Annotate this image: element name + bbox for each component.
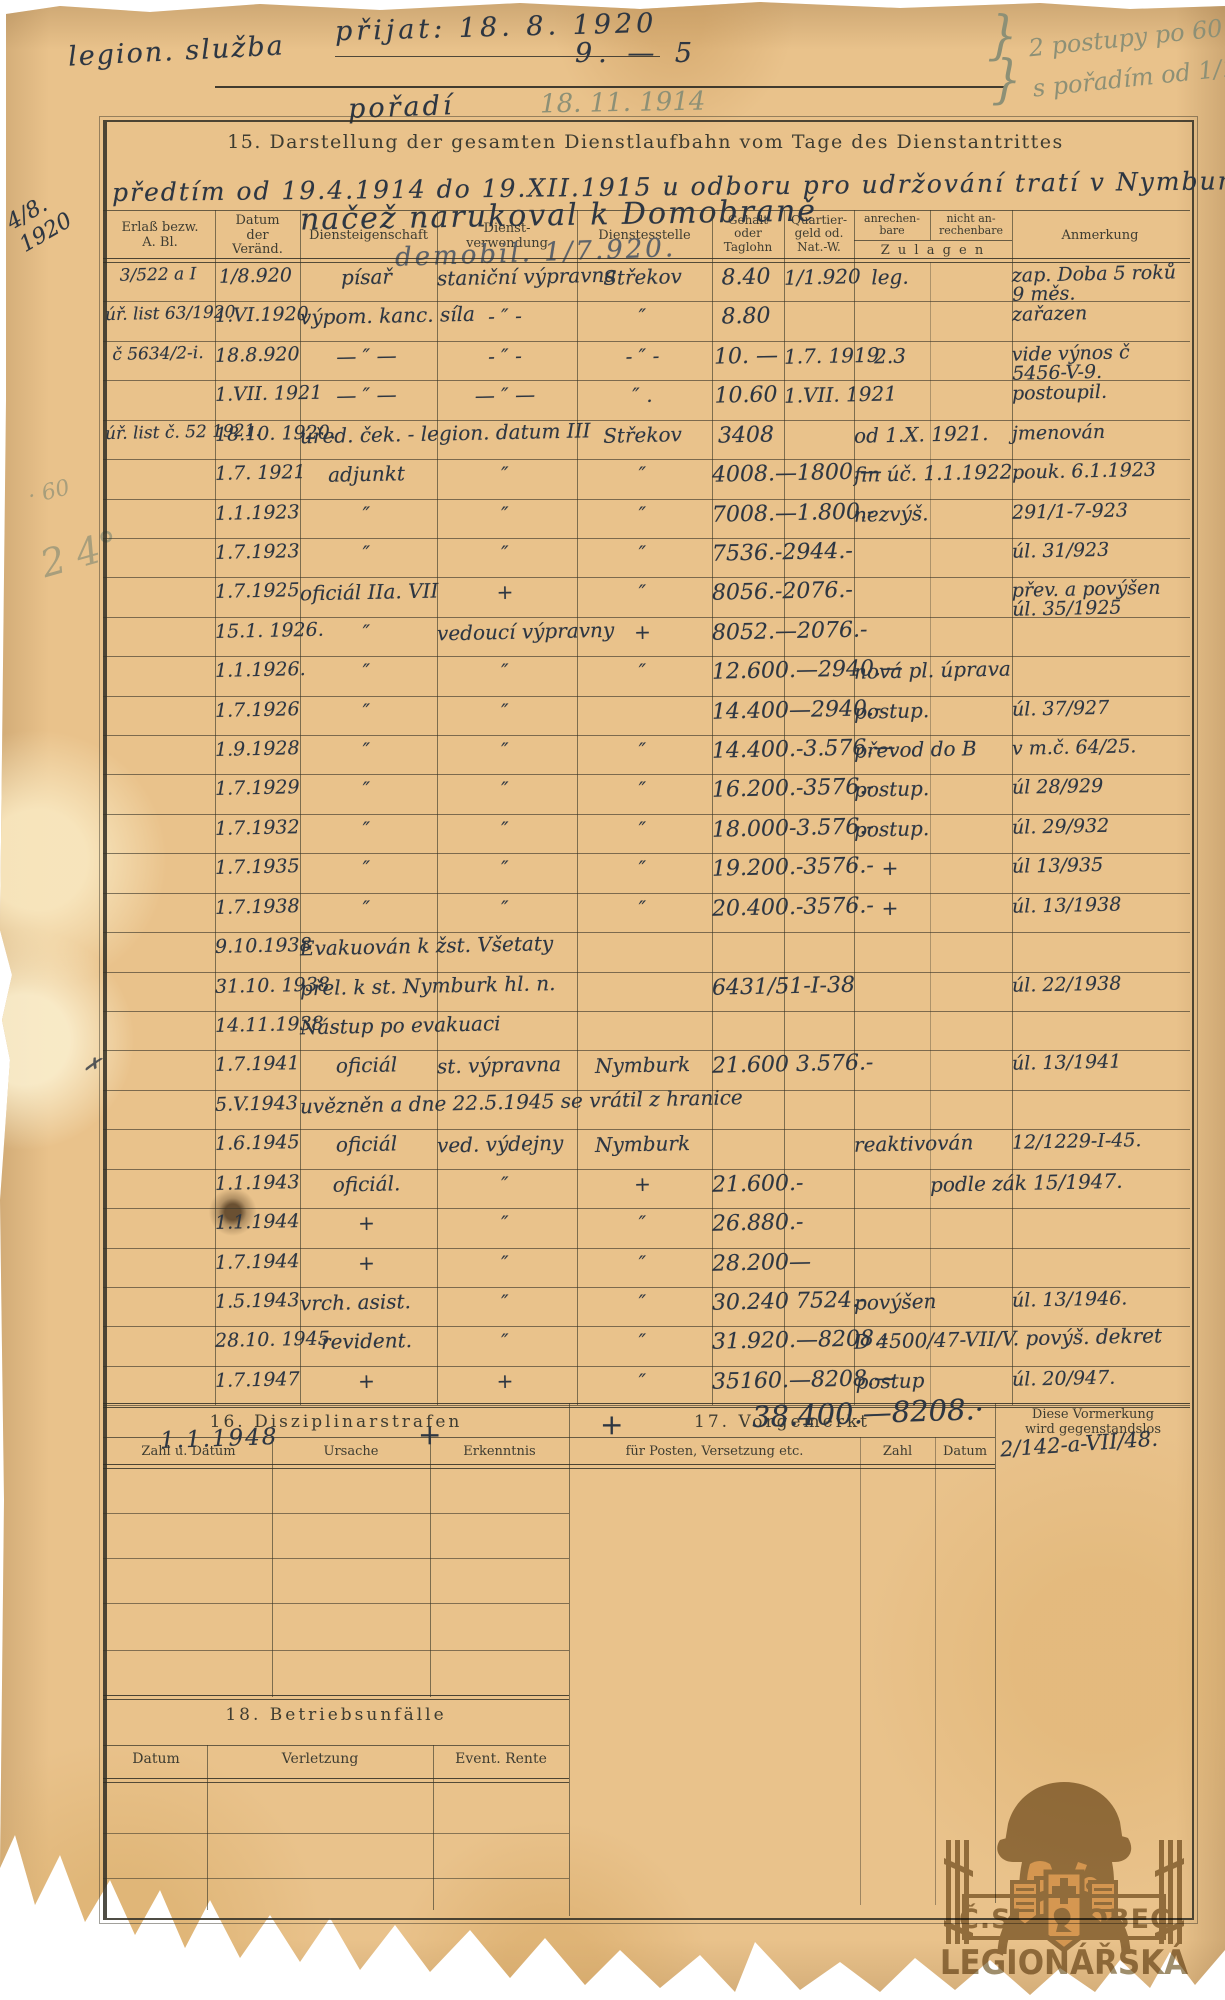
empty-row-line: [103, 1558, 569, 1559]
entry-cell: 1.7.1935: [215, 855, 296, 879]
entry-cell: ″: [437, 815, 573, 842]
entry-cell: +: [577, 618, 708, 645]
scanned-document: { "top": { "prijat": "přijat: 18. 8. 192…: [0, 0, 1225, 2000]
entry-cell: jmenován: [1012, 421, 1184, 444]
entry-cell: 1.VII. 1921: [784, 383, 850, 408]
entry-cell: ″: [577, 303, 708, 330]
empty-row-line: [103, 1513, 569, 1514]
table-row: 14.11.1938Nástup po evakuaci: [0, 1011, 1225, 1050]
row-rule: [103, 420, 1190, 421]
entry-cell: ″: [577, 1367, 708, 1394]
entry-cell: ″: [300, 618, 433, 645]
entry-cell: revident.: [300, 1328, 433, 1355]
entry-cell: 21.600.-: [712, 1171, 781, 1197]
section18-title: 18. Betriebsunfälle: [103, 1706, 569, 1725]
row-rule: [103, 774, 1190, 775]
sec17-col-fur-posten: für Posten, Versetzung etc.: [569, 1445, 860, 1460]
entry-cell: ″: [437, 500, 573, 527]
entry-cell: ″: [437, 776, 573, 803]
entry-cell: ″: [300, 500, 433, 527]
entry-cell: ″: [577, 1289, 708, 1316]
table-row: 1.7.1935″″″19.200.-3576.-+úl 13/935: [0, 853, 1225, 892]
entry-cell: postup.: [854, 816, 926, 842]
row-rule: [103, 932, 1190, 933]
entry-cell: ″: [300, 776, 433, 803]
col-header-anrechenbare: anrechen- bare: [854, 213, 930, 238]
entry-cell: 1.9.1928: [215, 737, 296, 761]
entry-cell: 1/8.920: [215, 264, 296, 288]
entry-cell: ″: [577, 1328, 708, 1355]
entry-cell: úl. 13/1941: [1012, 1052, 1184, 1075]
sec16-vline: [430, 1437, 431, 1697]
table-row: 1.6.1945oficiálved. výdejnyNymburkreakti…: [0, 1129, 1225, 1168]
entry-cell: 1.7.1932: [215, 816, 296, 840]
entry-cell: úř. list 63/1920: [105, 303, 211, 325]
entry-cell: +: [437, 1367, 573, 1394]
entry-cell: přev. a povýšen úl. 35/1925: [1012, 579, 1185, 621]
table-row: 1.7.1944+″″28.200—: [0, 1248, 1225, 1287]
row-rule: [103, 735, 1190, 736]
row-rule: [103, 656, 1190, 657]
entry-cell: postoupil.: [1012, 381, 1184, 404]
sec17-col-zahl: Zahl: [860, 1445, 935, 1460]
table-row: 1.7.1925oficiál IIa. VII+″8056.-2076.-př…: [0, 577, 1225, 616]
entry-cell: 1.6.1945: [215, 1131, 296, 1155]
entry-cell: písař: [300, 264, 433, 291]
watermark-csl: Č.SL.: [959, 1903, 1041, 1935]
table-row: 5.V.1943uvězněn a dne 22.5.1945 se vráti…: [0, 1090, 1225, 1129]
row-rule: [103, 1248, 1190, 1249]
row-rule: [103, 341, 1190, 342]
entry-cell: ″: [577, 816, 708, 843]
table-row: 1.7.1923″″″7536.-2944.-úl. 31/923: [0, 538, 1225, 577]
entry-cell: ″: [437, 1170, 573, 1197]
row-rule: [103, 538, 1190, 539]
entry-cell: úřed. ček. - legion. datum III: [300, 421, 433, 448]
col-header-zulagen: Z u l a g e n: [854, 244, 1012, 259]
row-rule: [103, 1366, 1190, 1367]
table-row: 1.1.1923″″″7008.—1.800.-nezvýš.291/1-7-9…: [0, 499, 1225, 538]
entry-cell: +: [437, 579, 573, 606]
note-nums: 9. — 5: [575, 38, 698, 69]
entry-cell: - ″ -: [437, 342, 573, 369]
row-rule: [103, 1326, 1190, 1327]
entry-cell: pouk. 6.1.1923: [1012, 460, 1184, 483]
sec16-hw-date: 1.1.1948: [160, 1424, 279, 1454]
sec18-vline: [433, 1745, 434, 1910]
entry-cell: Nástup po evakuaci: [300, 1013, 433, 1040]
row-rule: [103, 380, 1190, 381]
section15-title: 15. Darstellung der gesamten Dienstlaufb…: [103, 132, 1188, 153]
entry-cell: 21.600 3.576.-: [712, 1053, 781, 1079]
entry-cell: oficiál: [300, 1052, 433, 1079]
table-row: 1.7.1932″″″18.000-3.576.-postup.úl. 29/9…: [0, 814, 1225, 853]
sec16-col-erkenntnis: Erkenntnis: [430, 1445, 569, 1460]
entry-cell: 10. —: [712, 343, 781, 369]
entry-cell: +: [300, 1249, 433, 1276]
entry-cell: úl. 20/947.: [1012, 1367, 1184, 1390]
entry-cell: ″: [437, 1328, 573, 1355]
entry-cell: +: [577, 1170, 708, 1197]
sec17-vline: [935, 1437, 936, 1905]
sec17-vline: [860, 1437, 861, 1905]
row-rule: [103, 853, 1190, 854]
entry-cell: staniční výpravna: [437, 264, 573, 291]
entry-cell: 1.VI.1920: [215, 304, 296, 328]
entry-cell: 1.7.1926: [215, 698, 296, 722]
row-rule: [103, 1169, 1190, 1170]
entry-cell: výpom. kanc. síla: [300, 303, 433, 330]
table-row: 1.7. 1921adjunkt″″4008.—1800.—fin úč. 1.…: [0, 459, 1225, 498]
entry-cell: — ″ —: [437, 382, 573, 409]
sec16-vline: [272, 1437, 273, 1697]
entry-cell: st. výpravna: [437, 1052, 573, 1079]
legionnaire-stamp-watermark: Č.SL. OBEC LEGIONÁŘSKÁ: [938, 1778, 1190, 1994]
row-rule: [103, 1208, 1190, 1209]
entry-cell: +: [300, 1367, 433, 1394]
entry-cell: D 4500/47-VII/V. povýš. dekret: [854, 1329, 926, 1355]
row-rule: [103, 1287, 1190, 1288]
entry-cell: +: [854, 895, 926, 921]
entry-cell: ″ .: [577, 382, 708, 409]
table-row: 28.10. 1945revident.″″31.920.—8208.-D 45…: [0, 1326, 1225, 1365]
row-rule: [103, 893, 1190, 894]
entry-cell: 3/522 a I: [105, 264, 211, 286]
column-rule: [930, 262, 931, 1405]
entry-cell: postup.: [854, 698, 926, 724]
entry-cell: ″: [300, 894, 433, 921]
entry-cell: 1.1.1944: [215, 1210, 296, 1234]
sec-divider: [569, 1403, 570, 1916]
entry-cell: 1.VII. 1921: [215, 382, 296, 406]
zulagen-divider: [854, 240, 1012, 241]
entry-cell: ″: [577, 1210, 708, 1237]
entry-cell: 5.V.1943: [215, 1092, 296, 1116]
entry-cell: 8.80: [712, 304, 781, 330]
entry-cell: v m.č. 64/25.: [1012, 736, 1184, 759]
entry-cell: vedoucí výpravny: [437, 618, 573, 645]
entry-cell: adjunkt: [300, 461, 433, 488]
entry-cell: oficiál.: [300, 1170, 433, 1197]
sec17-col-datum: Datum: [935, 1445, 995, 1460]
entry-cell: leg.: [854, 264, 926, 290]
entry-cell: 10.60: [712, 383, 781, 409]
entry-cell: 20.400.-3576.-: [712, 895, 781, 921]
entry-cell: Střekov: [577, 421, 708, 448]
subheader-bottom-rule: [103, 1464, 995, 1469]
row-rule: [103, 972, 1190, 973]
entry-cell: ved. výdejny: [437, 1131, 573, 1158]
entry-cell: ″: [437, 1210, 573, 1237]
table-row: úř. list 63/19201.VI.1920výpom. kanc. sí…: [0, 301, 1225, 340]
col-header-erlass: Erlaß bezw. A. Bl.: [105, 221, 215, 250]
entry-cell: 12/1229-I-45.: [1012, 1130, 1184, 1153]
row-rule: [103, 1011, 1190, 1012]
entry-cell: ″: [437, 540, 573, 567]
row-rule: [103, 1050, 1190, 1051]
entry-cell: úl. 13/1946.: [1012, 1288, 1184, 1311]
entry-cell: 4008.—1800.—: [712, 461, 781, 487]
entry-cell: úř. list č. 52 1921.: [105, 422, 211, 444]
entry-cell: oficiál IIa. VII: [300, 579, 433, 606]
column-rule: [854, 210, 855, 1405]
entry-cell: úl 28/929: [1012, 776, 1184, 799]
entry-cell: 1.7. 1921: [215, 461, 296, 485]
row-rule: [103, 617, 1190, 618]
sec16-hw-plus: +: [418, 1418, 441, 1451]
row-rule: [103, 301, 1190, 302]
entry-cell: 14.400—2940.-: [712, 698, 781, 724]
entry-cell: reaktivován: [854, 1131, 926, 1157]
entry-cell: ″: [577, 658, 708, 685]
entry-cell: 1.7. 1919: [784, 343, 850, 368]
entry-cell: 31.10. 1938: [215, 974, 296, 998]
entry-cell: 6431/51-I-38: [712, 974, 781, 1000]
empty-row-line: [103, 1878, 569, 1879]
empty-row-line: [103, 1650, 569, 1651]
entry-cell: ″: [577, 540, 708, 567]
entry-cell: 1/1.920: [784, 264, 850, 289]
entry-cell: ″: [300, 658, 433, 685]
entry-cell: 7536.-2944.-: [712, 540, 781, 566]
entry-cell: 1.7.1944: [215, 1250, 296, 1274]
entry-cell: ″: [577, 1249, 708, 1276]
sec16-hw-plus2: +: [600, 1408, 623, 1441]
table-row: 1.9.1928″″″14.400.-3.576.—převod do Bv m…: [0, 735, 1225, 774]
entry-cell: uvězněn a dne 22.5.1945 se vrátil z hran…: [300, 1091, 433, 1118]
entry-cell: 1.7.1923: [215, 540, 296, 564]
entry-cell: vrch. asist.: [300, 1289, 433, 1316]
entry-cell: ″: [437, 1288, 573, 1315]
entry-cell: ″: [577, 579, 708, 606]
table-row: 1.5.1943vrch. asist.″″30.240 7524.-povýš…: [0, 1287, 1225, 1326]
entry-cell: - ″ -: [577, 342, 708, 369]
entry-cell: 1.7.1947: [215, 1368, 296, 1392]
sec18-vline: [207, 1745, 208, 1910]
table-row: 15.1. 1926.″vedoucí výpravny+8052.—2076.…: [0, 617, 1225, 656]
entry-cell: ″: [577, 500, 708, 527]
entry-cell: Evakuován k žst. Všetaty: [300, 934, 433, 961]
entry-cell: ″: [437, 658, 573, 685]
table-row: 1.7.1947++″35160.—8208.—postupúl. 20/947…: [0, 1366, 1225, 1405]
entry-cell: +: [300, 1210, 433, 1237]
entry-cell: 12.600.—2940.—: [712, 658, 781, 684]
entry-cell: 35160.—8208.—: [712, 1368, 781, 1394]
table-row: č 5634/2-i.18.8.920— ″ —- ″ -- ″ -10. —1…: [0, 341, 1225, 380]
column-rule: [784, 210, 785, 1405]
entry-cell: 1.1.1923: [215, 501, 296, 525]
entry-cell: 3408: [712, 422, 781, 448]
entry-cell: 1.7.1941: [215, 1053, 296, 1077]
entry-cell: zap. Doba 5 roků 9 měs.: [1012, 263, 1185, 305]
row-rule: [103, 1129, 1190, 1130]
entry-cell: úl. 37/927: [1012, 697, 1184, 720]
entry-cell: ″: [577, 855, 708, 882]
entry-cell: ″: [300, 855, 433, 882]
sec16-col-ursache: Ursache: [272, 1445, 430, 1460]
entry-cell: 28.10. 1945: [215, 1328, 296, 1352]
table-row: 1.7.1929″″″16.200.-3576.-postup.úl 28/92…: [0, 774, 1225, 813]
row-rule: [103, 499, 1190, 500]
watermark-obec: OBEC: [1085, 1904, 1171, 1935]
entry-cell: povýšen: [854, 1289, 926, 1315]
entry-cell: — ″ —: [300, 342, 433, 369]
entry-cell: 28.200—: [712, 1250, 781, 1276]
entry-cell: 1.7.1925: [215, 580, 296, 604]
entry-cell: 26.880.-: [712, 1210, 781, 1236]
entry-cell: +: [854, 856, 926, 882]
entry-cell: 8.40: [712, 264, 781, 290]
entry-cell: ″: [577, 737, 708, 764]
entry-cell: 291/1-7-923: [1012, 500, 1184, 523]
entry-cell: ″: [437, 894, 573, 921]
entry-cell: Střekov: [577, 264, 708, 291]
entry-cell: postup.: [854, 777, 926, 803]
entry-cell: ″: [437, 461, 573, 488]
sec18-top-rule: [103, 1695, 569, 1700]
entry-cell: 18.10. 1920.: [215, 422, 296, 446]
table-row: 1.1.1943oficiál.″+21.600.-podle zák 15/1…: [0, 1169, 1225, 1208]
col-header-nicht-anrechenbare: nicht an- rechenbare: [930, 213, 1012, 238]
row-rule: [103, 814, 1190, 815]
entry-cell: Nymburk: [577, 1131, 708, 1158]
entry-cell: ″: [437, 1249, 573, 1276]
entry-cell: 1.5.1943: [215, 1289, 296, 1313]
entry-cell: 16.200.-3576.-: [712, 777, 781, 803]
table-row: 9.10.1938Evakuován k žst. Všetaty: [0, 932, 1225, 971]
row-rule: [103, 459, 1190, 460]
entry-cell: 1.1.1943: [215, 1171, 296, 1195]
entry-cell: úl. 13/1938: [1012, 894, 1184, 917]
entry-cell: od 1.X. 1921.: [854, 422, 926, 448]
entry-cell: ″: [437, 855, 573, 882]
entry-cell: ″: [437, 697, 573, 724]
entry-cell: 14.11.1938: [215, 1013, 296, 1037]
entry-cell: 30.240 7524.-: [712, 1289, 781, 1315]
empty-row-line: [103, 1603, 569, 1604]
column-rule: [437, 210, 438, 1405]
entry-cell: ″: [577, 894, 708, 921]
table-row: 3/522 a I1/8.920písařstaniční výpravnaSt…: [0, 262, 1225, 301]
col-header-anmerkung: Anmerkung: [1012, 229, 1188, 244]
helmet-brim: [997, 1831, 1131, 1862]
entry-cell: 8056.-2076.-: [712, 580, 781, 606]
table-row: 1.7.1938″″″20.400.-3576.-+úl. 13/1938: [0, 893, 1225, 932]
sec18-col-datum: Datum: [105, 1752, 207, 1768]
entry-cell: 2.3: [854, 343, 926, 369]
note-poradi-date: 18. 11. 1914: [540, 87, 706, 120]
entry-cell: - ″ -: [437, 303, 573, 330]
entry-cell: ″: [577, 776, 708, 803]
col-header-datum: Datum der Veränd.: [215, 214, 300, 258]
entry-cell: ″: [300, 737, 433, 764]
sec18-col-verletzung: Verletzung: [207, 1752, 433, 1768]
entry-cell: 15.1. 1926.: [215, 619, 296, 643]
entry-cell: postup: [854, 1368, 926, 1394]
empty-row-line: [103, 1833, 569, 1834]
entry-cell: ″: [577, 461, 708, 488]
row-rule: [103, 1090, 1190, 1091]
column-rule: [577, 210, 578, 1405]
entry-cell: 1.7.1938: [215, 895, 296, 919]
entry-cell: ″: [437, 737, 573, 764]
row-rule: [103, 577, 1190, 578]
watermark-legionarska: LEGIONÁŘSKÁ: [940, 1942, 1189, 1982]
entry-cell: úl. 31/923: [1012, 539, 1184, 562]
column-rule: [215, 210, 216, 1405]
table-row: 1.VII. 1921— ″ —— ″ —″ .10.601.VII. 1921…: [0, 380, 1225, 419]
column-rule: [1012, 210, 1013, 1405]
entry-cell: 7008.—1.800.-: [712, 501, 781, 527]
table-row: 1.7.1926″″14.400—2940.-postup.úl. 37/927: [0, 696, 1225, 735]
entry-cell: zařazen: [1012, 303, 1184, 326]
brace-icon: }: [991, 47, 1022, 110]
row-rule: [103, 696, 1190, 697]
sec18-subheader-top: [103, 1745, 569, 1746]
table-row: 1.1.1944+″″26.880.-: [0, 1208, 1225, 1247]
entry-cell: fin úč. 1.1.1922.: [854, 461, 926, 487]
entry-cell: podle zák 15/1947.: [930, 1171, 1008, 1197]
entry-cell: ″: [300, 815, 433, 842]
entry-cell: — ″ —: [300, 382, 433, 409]
table-row: 31.10. 1938přel. k st. Nymburk hl. n.643…: [0, 972, 1225, 1011]
entry-cell: přel. k st. Nymburk hl. n.: [300, 973, 433, 1000]
entry-cell: 14.400.-3.576.—: [712, 737, 781, 763]
entry-cell: úl 13/935: [1012, 854, 1184, 877]
entry-cell: 8052.—2076.-: [712, 619, 781, 645]
column-rule: [712, 210, 713, 1405]
entry-cell: 18.8.920: [215, 343, 296, 367]
entry-cell: 1.1.1926.: [215, 658, 296, 682]
entry-cell: úl. 29/932: [1012, 815, 1184, 838]
table-row: 1.7.1941oficiálst. výpravnaNymburk21.600…: [0, 1050, 1225, 1089]
table-row: 1.1.1926.″″″12.600.—2940.—nová pl. úprav…: [0, 656, 1225, 695]
entry-cell: 1.7.1929: [215, 777, 296, 801]
entry-cell: ″: [300, 697, 433, 724]
entry-cell: úl. 22/1938: [1012, 973, 1184, 996]
entry-cell: 18.000-3.576.-: [712, 816, 781, 842]
table-row: úř. list č. 52 1921.18.10. 1920.úřed. če…: [0, 420, 1225, 459]
entry-cell: ″: [300, 540, 433, 567]
column-rule: [300, 210, 301, 1405]
column-rule: [930, 210, 931, 240]
entry-cell: převod do B: [854, 737, 926, 763]
entry-cell: 19.200.-3576.-: [712, 856, 781, 882]
entry-cell: č 5634/2-i.: [105, 343, 211, 365]
sec18-col-event-rente: Event. Rente: [433, 1752, 569, 1768]
entry-cell: 9.10.1938: [215, 934, 296, 958]
entry-cell: oficiál: [300, 1131, 433, 1158]
sec18-subheader-bottom: [103, 1778, 569, 1783]
entry-cell: 31.920.—8208.-: [712, 1329, 781, 1355]
entry-cell: nezvýš.: [854, 501, 926, 527]
entry-cell: vide výnos č 5456-V-9.: [1012, 342, 1185, 384]
entry-cell: nová pl. úprava: [854, 658, 926, 684]
entry-cell: Nymburk: [577, 1052, 708, 1079]
